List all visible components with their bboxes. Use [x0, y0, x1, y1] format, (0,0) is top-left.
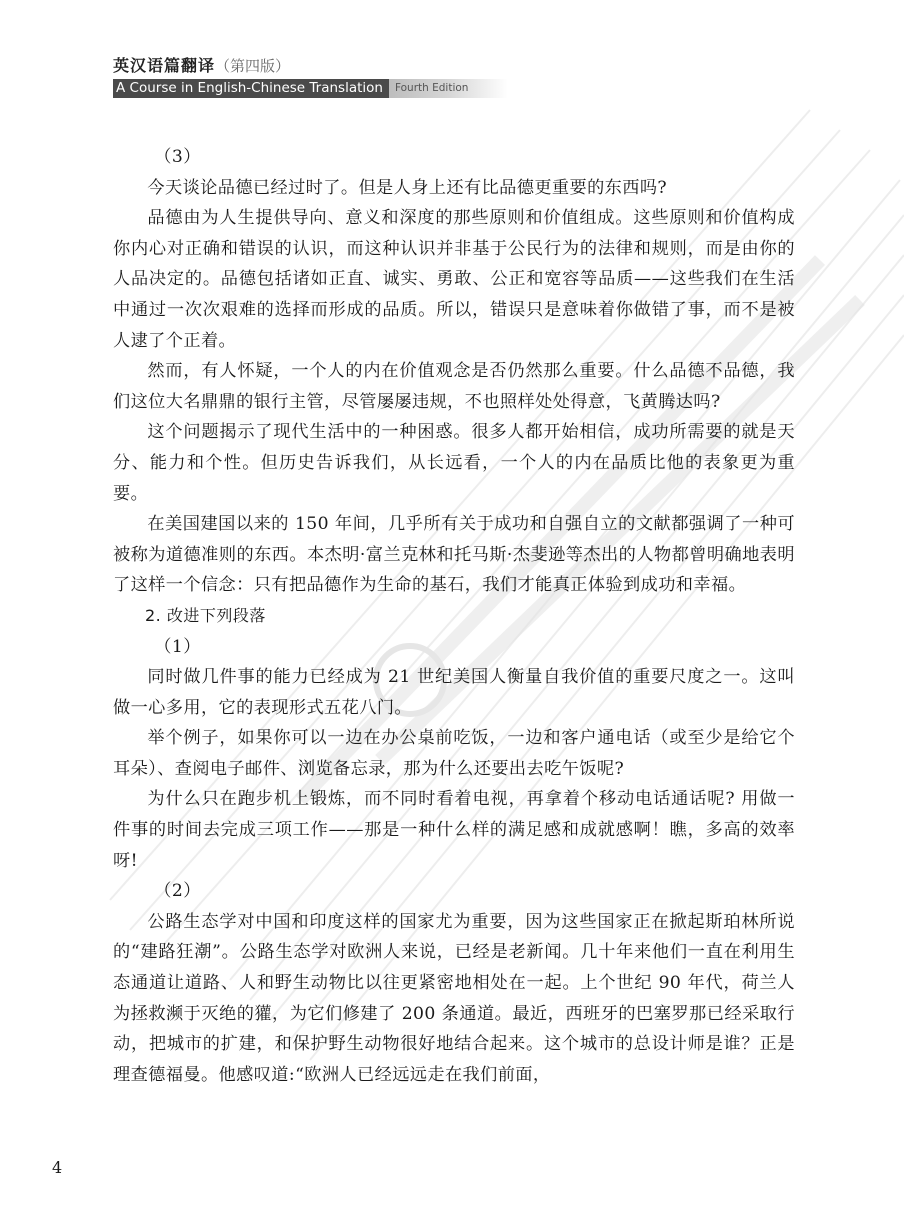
page-body: （3） 今天谈论品德已经过时了。但是人身上还有比品德更重要的东西吗? 品德由为人…	[113, 142, 795, 1090]
book-title-cn-text: 英汉语篇翻译	[113, 56, 215, 75]
book-title-english: A Course in English-Chinese Translation	[113, 79, 389, 98]
body-paragraph: 为什么只在跑步机上锻炼，而不同时看着电视，再拿着个移动电话通话呢? 用做一件事的…	[113, 784, 795, 876]
book-title-banner: A Course in English-Chinese Translation …	[113, 79, 508, 98]
exercise-label: （3）	[113, 142, 795, 173]
body-paragraph: 在美国建国以来的 150 年间，几乎所有关于成功和自强自立的文献都强调了一种可被…	[113, 509, 795, 601]
body-paragraph: 然而，有人怀疑，一个人的内在价值观念是否仍然那么重要。什么品德不品德，我们这位大…	[113, 356, 795, 417]
body-paragraph: 举个例子，如果你可以一边在办公桌前吃饭，一边和客户通电话（或至少是给它个耳朵）、…	[113, 723, 795, 784]
exercise-label: （2）	[113, 876, 795, 907]
running-header: 英汉语篇翻译（第四版） A Course in English-Chinese …	[113, 56, 508, 98]
body-paragraph: 公路生态学对中国和印度这样的国家尤为重要，因为这些国家正在掀起斯珀林所说的“建路…	[113, 907, 795, 1091]
book-title-chinese: 英汉语篇翻译（第四版）	[113, 56, 508, 76]
body-paragraph: 这个问题揭示了现代生活中的一种困惑。很多人都开始相信，成功所需要的就是天分、能力…	[113, 417, 795, 509]
page-number: 4	[52, 1158, 62, 1177]
body-paragraph: 品德由为人生提供导向、意义和深度的那些原则和价值组成。这些原则和价值构成你内心对…	[113, 203, 795, 356]
section-heading: 2. 改进下列段落	[113, 601, 795, 632]
body-paragraph: 同时做几件事的能力已经成为 21 世纪美国人衡量自我价值的重要尺度之一。这叫做一…	[113, 662, 795, 723]
edition-label: Fourth Edition	[389, 79, 509, 98]
book-edition-cn: （第四版）	[215, 57, 290, 75]
body-paragraph: 今天谈论品德已经过时了。但是人身上还有比品德更重要的东西吗?	[113, 173, 795, 204]
exercise-label: （1）	[113, 632, 795, 663]
